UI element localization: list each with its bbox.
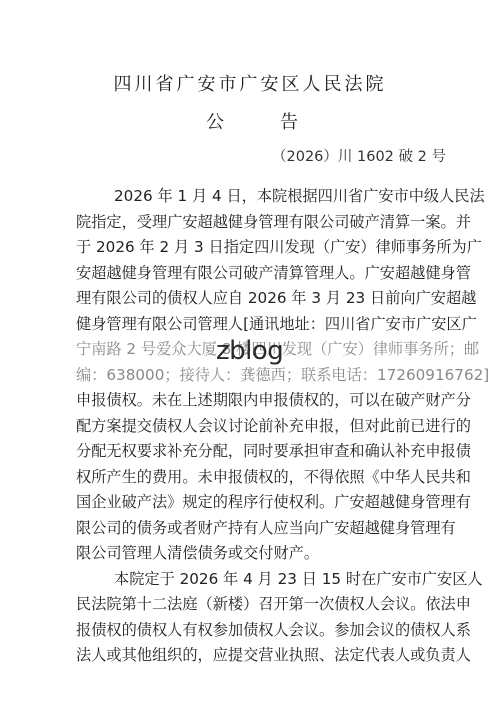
body-line: 配方案提交债权人会议讨论前补充申报，但对此前已进行的: [76, 414, 426, 440]
court-name-heading: 四川省广安市广安区人民法院: [0, 70, 500, 96]
body-line: 民法院第十二法庭（新楼）召开第一次债权人会议。依法申: [76, 592, 426, 618]
body-line: 权所产生的费用。未申报债权的，不得依照《中华人民共和: [76, 465, 426, 491]
body-line: 申报债权。未在上述期限内申报债权的，可以在破产财产分: [76, 388, 426, 414]
body-line: 2026 年 1 月 4 日，本院根据四川省广安市中级人民法: [76, 184, 426, 210]
body-line: 于 2026 年 2 月 3 日指定四川发现（广安）律师事务所为广: [76, 235, 426, 261]
body-line: 限公司管理人清偿债务或交付财产。: [76, 541, 426, 567]
body-line: 本院定于 2026 年 4 月 23 日 15 时在广安市广安区人: [76, 567, 426, 593]
notice-body: 2026 年 1 月 4 日，本院根据四川省广安市中级人民法 院指定，受理广安超…: [76, 184, 426, 669]
body-line: 院指定，受理广安超越健身管理有限公司破产清算一案。并: [76, 210, 426, 236]
body-line: 安超越健身管理有限公司破产清算管理人。广安超越健身管: [76, 261, 426, 287]
notice-title-char-2: 告: [280, 108, 298, 134]
case-number: （2026）川 1602 破 2 号: [272, 145, 446, 166]
body-line: 编：638000；接待人：龚德西；联系电话：17260916762]: [76, 363, 426, 389]
notice-title-char-1: 公: [206, 108, 224, 134]
body-line: 报债权的债权人有权参加债权人会议。参加会议的债权人系: [76, 618, 426, 644]
body-line: 限公司的债务或者财产持有人应当向广安超越健身管理有: [76, 516, 426, 542]
body-line: 法人或其他组织的，应提交营业执照、法定代表人或负责人: [76, 643, 426, 669]
body-line: 分配无权要求补充分配，同时要承担审查和确认补充申报债: [76, 439, 426, 465]
body-line: 国企业破产法》规定的程序行使权利。广安超越健身管理有: [76, 490, 426, 516]
body-line: 理有限公司的债权人应自 2026 年 3 月 23 日前向广安超越: [76, 286, 426, 312]
watermark: zblog: [216, 336, 283, 366]
body-line: 健身管理有限公司管理人[通讯地址：四川省广安市广安区广: [76, 312, 426, 338]
